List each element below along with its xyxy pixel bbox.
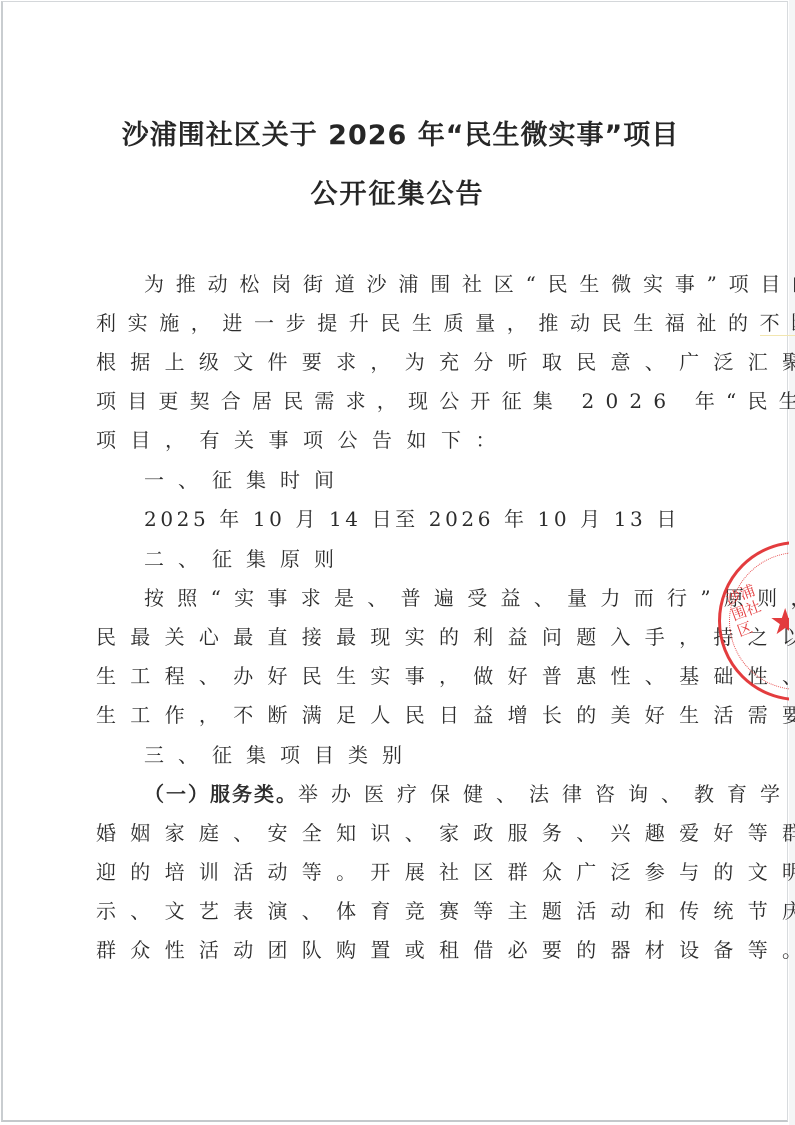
section-3-heading: 三、征集项目类别 (144, 741, 744, 769)
intro-line-1: 为推动松岗街道沙浦围社区“民生微实事”项目的顺 (144, 270, 744, 298)
document-title-line-1: 沙浦围社区关于 2026 年“民生微实事”项目 (3, 113, 795, 152)
intro-line-2: 利实施，进一步提升民生质量，推动民生福祉的不断改善， (96, 309, 696, 337)
section-3-item-1-line-3: 迎的培训活动等。开展社区群众广泛参与的文明家风展 (96, 858, 696, 886)
section-2-line-3: 生工程、办好民生实事，做好普惠性、基础性、兜底性民 (96, 662, 696, 690)
section-1-heading: 一、征集时间 (144, 466, 744, 494)
service-category-text: 举办医疗保健、法律咨询、教育学习、 (298, 782, 795, 806)
section-2-line-1: 按照“实事求是、普遍受益、量力而行”原则，从人 (144, 584, 744, 612)
section-3-item-1-line-1: （一）服务类。举办医疗保健、法律咨询、教育学习、 (144, 780, 744, 808)
section-2-heading: 二、征集原则 (144, 545, 744, 573)
section-3-item-1-line-4: 示、文艺表演、体育竞赛等主题活动和传统节庆活动，为 (96, 897, 696, 925)
intro-line-5: 项目，有关事项公告如下： (96, 426, 696, 454)
highlighted-phrase: 不断改善 (760, 311, 795, 336)
section-3-item-1-line-2: 婚姻家庭、安全知识、家政服务、兴趣爱好等群众普遍欢 (96, 819, 696, 847)
intro-line-2-text: 利实施，进一步提升民生质量，推动民生福祉的 (96, 311, 760, 335)
section-1-date-range: 2025 年 10 月 14 日至 2026 年 10 月 13 日 (144, 505, 744, 533)
section-3-item-1-line-5: 群众性活动团队购置或租借必要的器材设备等。组织各类 (96, 936, 696, 964)
section-2-line-4: 生工作，不断满足人民日益增长的美好生活需要。 (96, 701, 696, 729)
document-title-line-2: 公开征集公告 (0, 172, 795, 211)
intro-line-3: 根据上级文件要求，为充分听取民意、广泛汇聚民智，使 (96, 348, 696, 376)
section-2-line-2: 民最关心最直接最现实的利益问题入手，持之以恒实施民 (96, 623, 696, 651)
service-category-label: （一）服务类。 (144, 782, 298, 806)
intro-line-4: 项目更契合居民需求，现公开征集 2026 年“民生微实事” (96, 387, 696, 415)
